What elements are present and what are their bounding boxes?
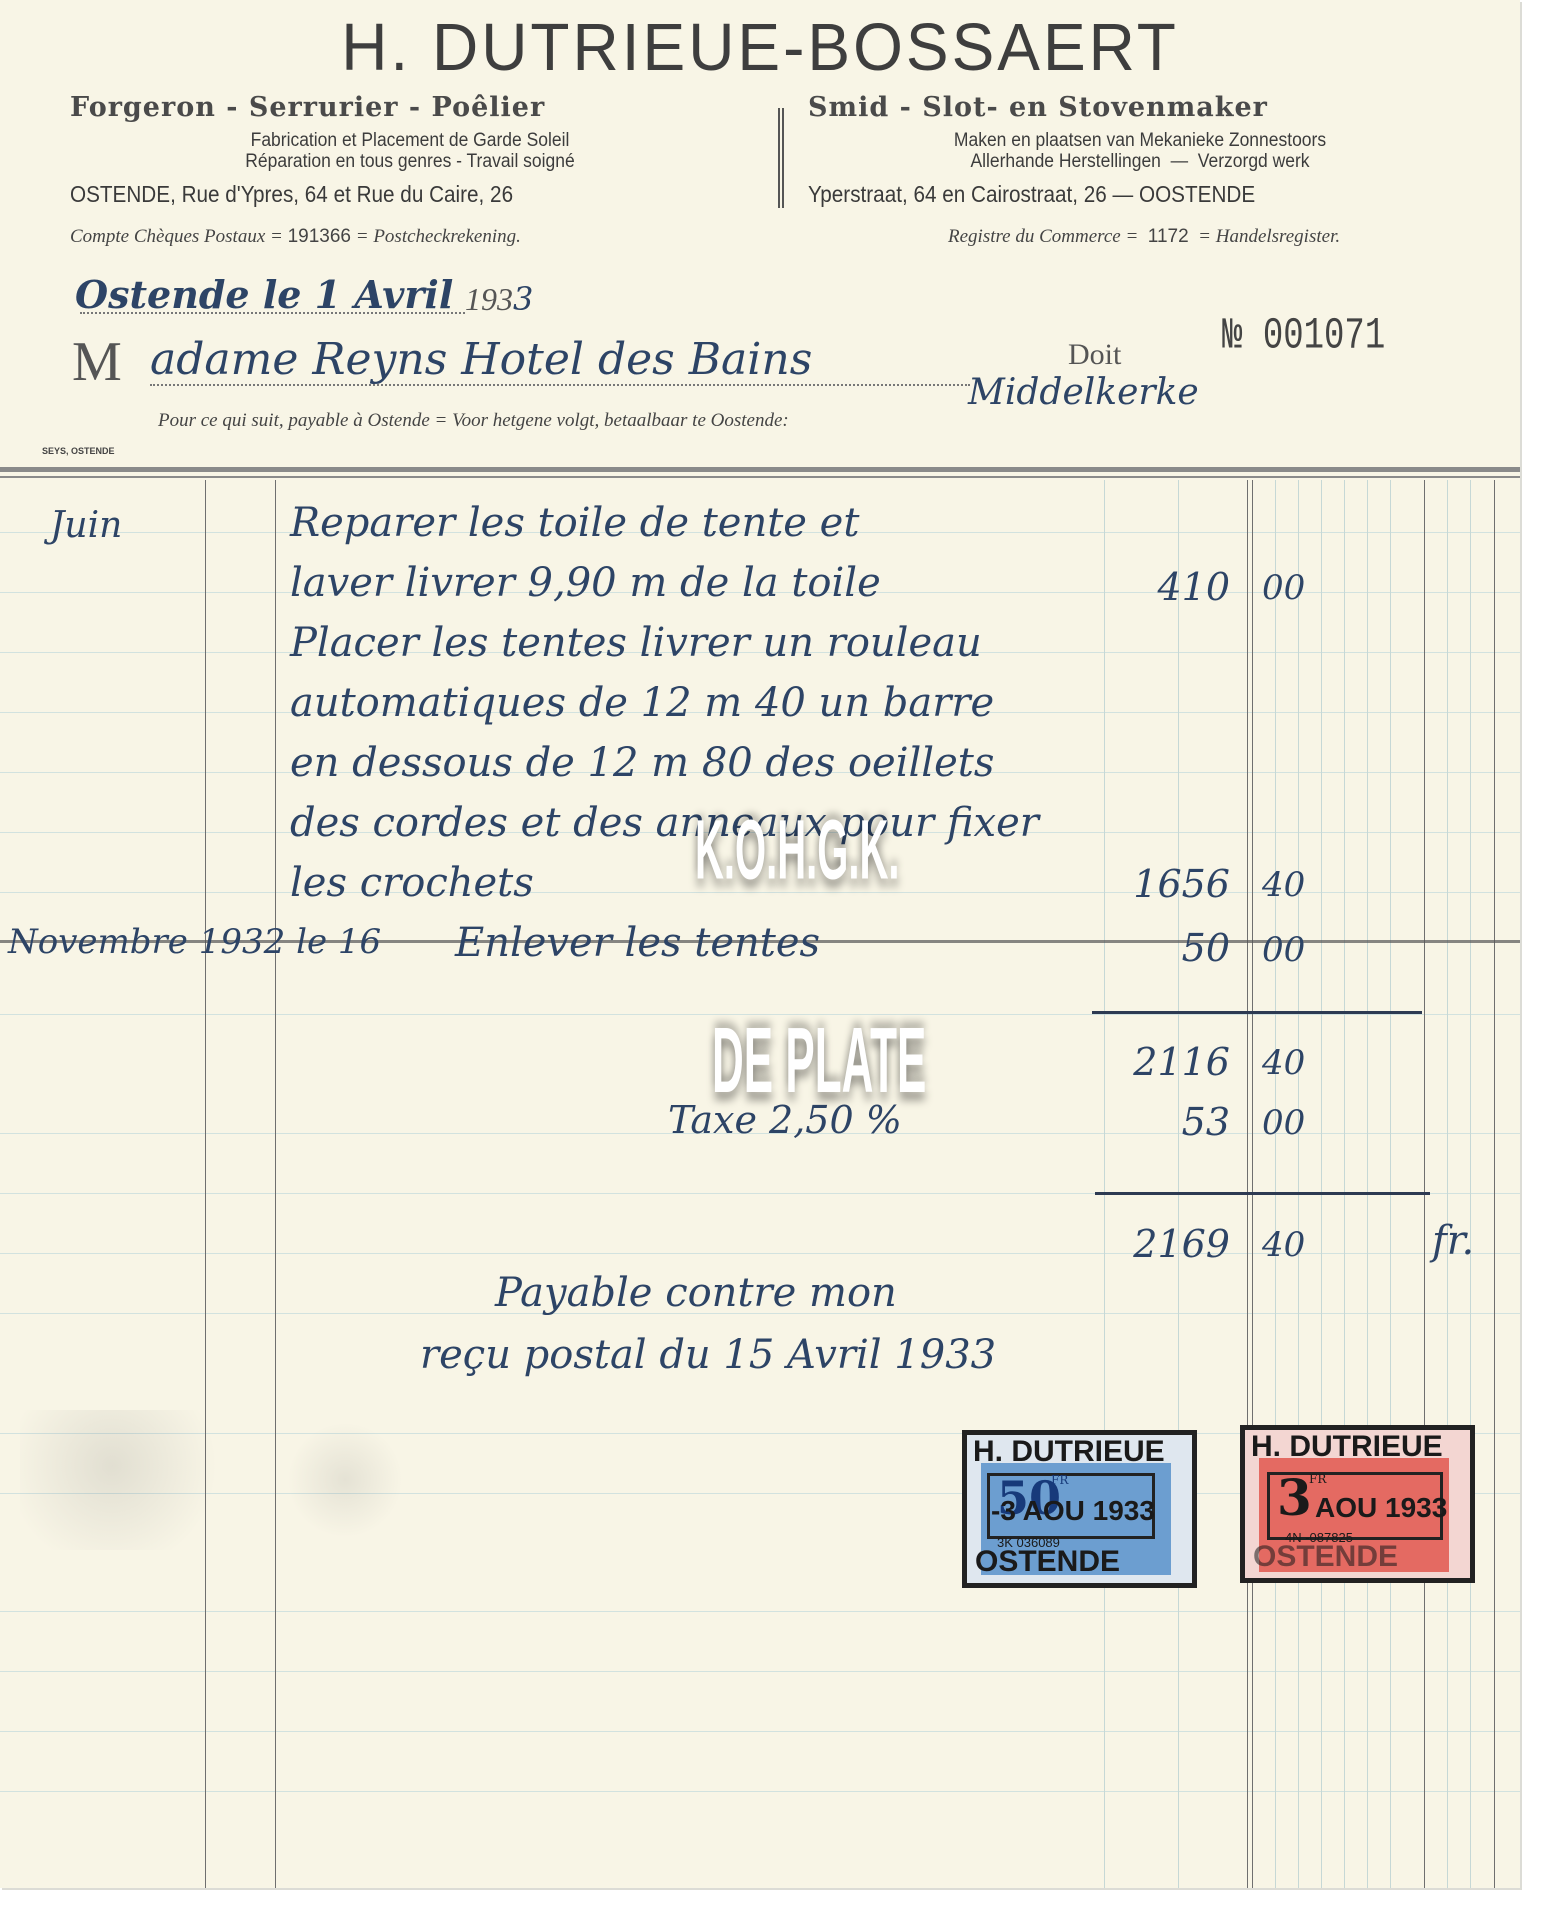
year-printed: 1933 <box>465 280 533 318</box>
year-printed-digits: 193 <box>465 281 513 317</box>
ruling-line <box>0 1791 1520 1792</box>
ruling-line <box>0 1671 1520 1672</box>
minor-column-line <box>1470 480 1471 1888</box>
services-nl-line1: Maken en plaatsen van Mekanieke Zonnesto… <box>882 130 1397 152</box>
watermark-line2: DE PLATE <box>712 1010 926 1115</box>
invoice-number: № 001071 <box>1222 312 1385 361</box>
entry-text: laver livrer 9,90 m de la toile <box>290 560 881 606</box>
minor-column-line <box>1298 480 1299 1888</box>
stamp-overprint: H. DUTRIEUE <box>973 1435 1165 1469</box>
entry-francs: 50 <box>1100 926 1230 970</box>
stamp-unit: FR <box>1051 1473 1068 1487</box>
entry-cents: 00 <box>1262 930 1305 970</box>
tax-francs: 53 <box>1100 1100 1230 1144</box>
minor-column-line <box>1367 480 1368 1888</box>
stamp-city: OSTENDE <box>1253 1540 1398 1574</box>
watermark-line1: K.O.H.G.K. <box>695 805 899 900</box>
column-line-description <box>275 480 276 1888</box>
entry-francs: 1656 <box>1080 862 1230 906</box>
trade-register-label-fr: Registre du Commerce <box>948 226 1121 247</box>
column-line-francs-double <box>1252 480 1253 1888</box>
revenue-stamp-50fr: H. DUTRIEUE 50 FR -3 AOU 1933 3K 036089 … <box>962 1430 1197 1588</box>
payable-note: Pour ce qui suit, payable à Ostende = Vo… <box>158 410 789 432</box>
column-line-francs <box>1247 480 1248 1888</box>
postal-account-number: 191366 <box>288 226 351 247</box>
trade-register-label-nl: Handelsregister. <box>1216 226 1340 247</box>
entry-date: Juin <box>50 505 122 546</box>
entry-text: automatiques de 12 m 40 un barre <box>290 680 994 726</box>
services-fr-line2: Réparation en tous genres - Travail soig… <box>171 151 649 173</box>
total-cents: 40 <box>1262 1225 1305 1265</box>
postal-account-label-nl: Postcheckrekening. <box>373 226 521 247</box>
number-label: № <box>1222 312 1242 361</box>
subtotal-francs: 2116 <box>1080 1040 1230 1084</box>
entry-text: Placer les tentes livrer un rouleau <box>290 620 982 666</box>
ruling-line <box>0 1731 1520 1732</box>
address-nl: Yperstraat, 64 en Cairostraat, 26 — OOST… <box>808 181 1255 208</box>
minor-column-line <box>1390 480 1391 1888</box>
header-divider <box>778 108 784 208</box>
subtotal-cents: 40 <box>1262 1043 1305 1083</box>
entry-text: Reparer les toile de tente et <box>290 500 859 546</box>
services-nl-line2: Allerhande Herstellingen — Verzorgd werk <box>882 151 1397 173</box>
column-line-right <box>1494 480 1495 1888</box>
ruling-line <box>0 1611 1520 1612</box>
services-fr-line1: Fabrication et Placement de Garde Soleil <box>171 130 649 152</box>
tax-cents: 00 <box>1262 1103 1305 1143</box>
addressee-prefix: M <box>72 330 122 394</box>
total-rule <box>1095 1192 1430 1195</box>
place-date-handwritten: Ostende le 1 Avril <box>75 272 453 317</box>
minor-column-line <box>1275 480 1276 1888</box>
doit-label: Doit <box>1068 338 1121 372</box>
entry-francs: 410 <box>1100 565 1230 609</box>
printer-mark: SEYS, OSTENDE <box>42 446 115 456</box>
entry-date: Novembre 1932 le 16 <box>8 922 381 962</box>
minor-column-line <box>1344 480 1345 1888</box>
entry-text: des cordes et des anneaux pour fixer <box>290 800 1039 846</box>
address-fr: OSTENDE, Rue d'Ypres, 64 et Rue du Caire… <box>70 181 513 208</box>
stamp-date: -3 AOU 1933 <box>991 1495 1155 1527</box>
stamp-unit: FR <box>1309 1472 1326 1486</box>
invoice-sheet: H. DUTRIEUE-BOSSAERT Forgeron - Serrurie… <box>0 0 1520 1888</box>
stamp-date: AOU 1933 <box>1315 1492 1447 1524</box>
minor-column-line <box>1321 480 1322 1888</box>
number-value: 001071 <box>1263 312 1385 361</box>
ledger-top-rule-thin <box>0 476 1520 478</box>
trade-fr: Forgeron - Serrurier - Poêlier <box>70 92 545 123</box>
entry-text: Enlever les tentes <box>455 920 820 966</box>
total-francs: 2169 <box>1080 1222 1230 1266</box>
entry-cents: 40 <box>1262 865 1305 905</box>
entry-cents: 00 <box>1262 568 1305 608</box>
addressee-name: adame Reyns Hotel des Bains <box>150 334 812 385</box>
stamp-overprint: H. DUTRIEUE <box>1251 1430 1443 1464</box>
minor-column-line <box>1104 480 1105 1888</box>
postal-account-label-fr: Compte Chèques Postaux <box>70 226 265 247</box>
payment-note-line2: reçu postal du 15 Avril 1933 <box>420 1332 996 1378</box>
ledger-top-rule <box>0 467 1520 472</box>
column-line-cents <box>1424 480 1425 1888</box>
addressee-city: Middelkerke <box>968 372 1199 413</box>
subtotal-rule <box>1092 1011 1422 1014</box>
postal-account: Compte Chèques Postaux = 191366 = Postch… <box>70 226 521 248</box>
trade-register-number: 1172 <box>1148 226 1189 247</box>
ink-blot <box>20 1410 250 1550</box>
ink-blot <box>280 1420 410 1540</box>
trade-register: Registre du Commerce = 1172 = Handelsreg… <box>948 226 1340 248</box>
stamp-city: OSTENDE <box>975 1545 1120 1579</box>
payment-note-line1: Payable contre mon <box>495 1270 897 1316</box>
entry-text: en dessous de 12 m 80 des oeillets <box>290 740 994 786</box>
revenue-stamp-3fr: H. DUTRIEUE 3 FR AOU 1933 4N -087825 OST… <box>1240 1425 1475 1583</box>
entry-text: les crochets <box>290 860 534 906</box>
column-line-date <box>205 480 206 1888</box>
stamp-value: 3 <box>1277 1468 1312 1527</box>
trade-nl: Smid - Slot- en Stovenmaker <box>808 92 1268 123</box>
minor-column-line <box>1178 480 1179 1888</box>
total-currency: fr. <box>1432 1218 1474 1264</box>
minor-column-line <box>1447 480 1448 1888</box>
company-name: H. DUTRIEUE-BOSSAERT <box>0 8 1520 86</box>
year-handwritten: 3 <box>513 280 533 318</box>
